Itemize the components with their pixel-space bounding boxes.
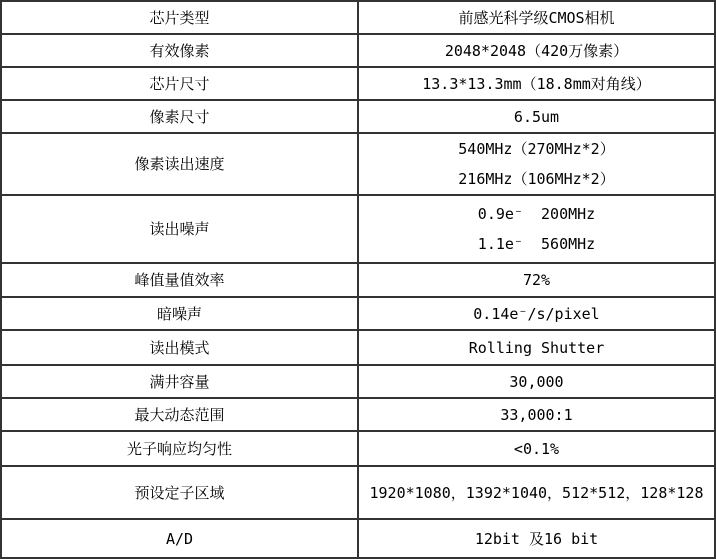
table-row: 像素读出速度 540MHz（270MHz*2） 216MHz（106MHz*2） (1, 133, 715, 195)
table-row: 预设定子区域 1920*1080，1392*1040，512*512，128*1… (1, 466, 715, 519)
spec-value-cell: 1920*1080，1392*1040，512*512，128*128 (358, 466, 715, 519)
spec-value-cell: 0.9e⁻ 200MHz 1.1e⁻ 560MHz (358, 195, 715, 263)
spec-label: 读出模式 (2, 339, 357, 357)
table-row: 芯片尺寸 13.3*13.3mm（18.8mm对角线） (1, 67, 715, 100)
spec-value: 540MHz（270MHz*2） (359, 134, 714, 164)
table-row: 光子响应均匀性 <0.1% (1, 431, 715, 466)
spec-label-cell: 预设定子区域 (1, 466, 358, 519)
spec-label-cell: 像素读出速度 (1, 133, 358, 195)
spec-label: 像素尺寸 (2, 108, 357, 126)
spec-label: 像素读出速度 (2, 155, 357, 173)
spec-label: 满井容量 (2, 373, 357, 391)
spec-value: 1.1e⁻ 560MHz (359, 229, 714, 259)
spec-label-cell: 芯片尺寸 (1, 67, 358, 100)
spec-value: 30,000 (359, 373, 714, 391)
spec-label-cell: 光子响应均匀性 (1, 431, 358, 466)
camera-spec-table: 芯片类型 前感光科学级CMOS相机 有效像素 2048*2048（420万像素）… (0, 0, 716, 559)
spec-label-cell: 峰值量值效率 (1, 263, 358, 297)
table-row: 有效像素 2048*2048（420万像素） (1, 34, 715, 67)
spec-value: 1920*1080，1392*1040，512*512，128*128 (359, 484, 714, 502)
spec-label-cell: 读出模式 (1, 330, 358, 365)
spec-label: A/D (2, 530, 357, 548)
spec-value-cell: 6.5um (358, 100, 715, 133)
spec-value-cell: 0.14e⁻/s/pixel (358, 297, 715, 330)
table-row: 暗噪声 0.14e⁻/s/pixel (1, 297, 715, 330)
spec-label-cell: 有效像素 (1, 34, 358, 67)
spec-value: <0.1% (359, 440, 714, 458)
spec-value: 72% (359, 271, 714, 289)
table-row: 读出模式 Rolling Shutter (1, 330, 715, 365)
spec-value-cell: 前感光科学级CMOS相机 (358, 1, 715, 34)
spec-value: 2048*2048（420万像素） (359, 42, 714, 60)
spec-value: 0.9e⁻ 200MHz (359, 199, 714, 229)
spec-value-cell: Rolling Shutter (358, 330, 715, 365)
table-row: A/D 12bit 及16 bit (1, 519, 715, 558)
spec-label: 芯片类型 (2, 9, 357, 27)
spec-value-cell: 33,000:1 (358, 398, 715, 431)
spec-label: 最大动态范围 (2, 406, 357, 424)
table-row: 读出噪声 0.9e⁻ 200MHz 1.1e⁻ 560MHz (1, 195, 715, 263)
spec-value: 13.3*13.3mm（18.8mm对角线） (359, 75, 714, 93)
spec-label-cell: 芯片类型 (1, 1, 358, 34)
spec-label: 芯片尺寸 (2, 75, 357, 93)
spec-label: 预设定子区域 (2, 484, 357, 502)
spec-value-cell: <0.1% (358, 431, 715, 466)
spec-value-cell: 72% (358, 263, 715, 297)
spec-label: 有效像素 (2, 42, 357, 60)
spec-value-cell: 540MHz（270MHz*2） 216MHz（106MHz*2） (358, 133, 715, 195)
spec-label-cell: 满井容量 (1, 365, 358, 398)
spec-value: 0.14e⁻/s/pixel (359, 305, 714, 323)
spec-label-cell: 读出噪声 (1, 195, 358, 263)
spec-value: 33,000:1 (359, 406, 714, 424)
table-row: 峰值量值效率 72% (1, 263, 715, 297)
spec-value-cell: 12bit 及16 bit (358, 519, 715, 558)
spec-label: 暗噪声 (2, 305, 357, 323)
spec-label-cell: 像素尺寸 (1, 100, 358, 133)
spec-value: 前感光科学级CMOS相机 (359, 9, 714, 27)
spec-label-cell: A/D (1, 519, 358, 558)
spec-value: 12bit 及16 bit (359, 530, 714, 548)
spec-label: 光子响应均匀性 (2, 440, 357, 458)
spec-value: Rolling Shutter (359, 339, 714, 357)
spec-value-cell: 13.3*13.3mm（18.8mm对角线） (358, 67, 715, 100)
spec-label-cell: 最大动态范围 (1, 398, 358, 431)
spec-value: 6.5um (359, 108, 714, 126)
table-row: 芯片类型 前感光科学级CMOS相机 (1, 1, 715, 34)
spec-label: 读出噪声 (2, 220, 357, 238)
spec-value-cell: 30,000 (358, 365, 715, 398)
spec-label: 峰值量值效率 (2, 271, 357, 289)
spec-value-cell: 2048*2048（420万像素） (358, 34, 715, 67)
table-row: 满井容量 30,000 (1, 365, 715, 398)
table-row: 最大动态范围 33,000:1 (1, 398, 715, 431)
spec-label-cell: 暗噪声 (1, 297, 358, 330)
table-row: 像素尺寸 6.5um (1, 100, 715, 133)
spec-value: 216MHz（106MHz*2） (359, 164, 714, 194)
